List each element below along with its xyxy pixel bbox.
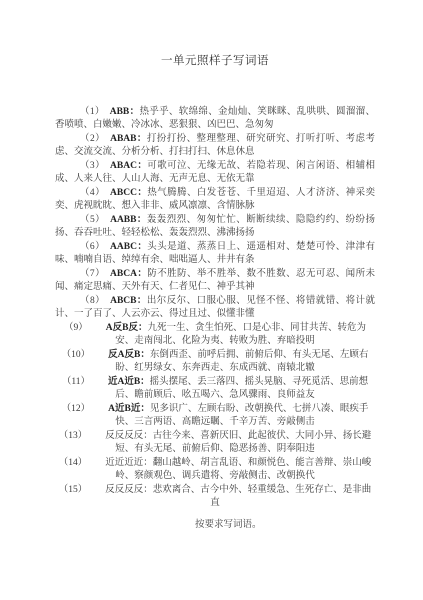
word-pattern-item-14: （14）近近近近：翻山越岭、胡言乱语、和颜悦色、能言善辩、崇山峻岭、察颜观色、调… bbox=[55, 457, 375, 483]
word-pattern-item-7: （7）ABCA：防不胜防、举不胜举、数不胜数、忍无可忍、闻所未闻、痛定思痛、天外… bbox=[55, 268, 375, 294]
item-number: （5） bbox=[80, 215, 105, 225]
word-pattern-item-12: （12）A近B近：见多识广、左顾右盼、改朝换代、七拼八凑、眼疾手快、三言两语、高… bbox=[55, 403, 375, 429]
pattern-label: 反反反反： bbox=[105, 431, 153, 441]
word-pattern-item-1: （1）ABB：热乎乎、软绵绵、金灿灿、笑眯眯、乱哄哄、圆溜溜、香喷喷、白嫩嫩、冷… bbox=[55, 106, 375, 132]
word-pattern-item-13: （13）反反反反：古往今来、喜新厌旧、此起彼伏、大同小异、扬长避短、有头无尾、前… bbox=[55, 430, 375, 456]
item-number: （1） bbox=[80, 107, 105, 117]
word-pattern-item-10: （10）反A反B：东倒西歪、前呼后拥、前俯后仰、有头无尾、左顾右盼、红男绿女、东… bbox=[55, 349, 375, 375]
pattern-label: A反B反： bbox=[106, 323, 148, 333]
footer-instruction: 按要求写词语。 bbox=[55, 519, 375, 532]
word-pattern-item-2: （2）ABAB：打扮打扮、整理整理、研究研究、打听打听、考虑考虑、交流交流、分析… bbox=[55, 133, 375, 159]
word-pattern-list-abb: （1）ABB：热乎乎、软绵绵、金灿灿、笑眯眯、乱哄哄、圆溜溜、香喷喷、白嫩嫩、冷… bbox=[55, 106, 375, 321]
word-list: 见多识广、左顾右盼、改朝换代、七拼八凑、眼疾手快、三言两语、高瞻远瞩、千辛万苦、… bbox=[115, 404, 368, 427]
word-pattern-item-11: （11）近A近B：摇头摆尾、丢三落四、摇头晃脑、寻死觅活、思前想后、瞻前顾后、吆… bbox=[55, 376, 375, 402]
word-pattern-item-8: （8）ABCB：出尔反尔、口服心服、见怪不怪、将错就错、将计就计、一了百了、人云… bbox=[55, 295, 375, 321]
word-pattern-item-5: （5）AABB：轰轰烈烈、匆匆忙忙、断断续续、隐隐约约、纷纷扬扬、吞吞吐吐、轻轻… bbox=[55, 214, 375, 240]
word-pattern-item-9: （9）A反B反：九死一生、贪生怕死、口是心非、同甘共苦、转危为安、走南闯北、化险… bbox=[55, 322, 375, 348]
item-number: （9） bbox=[64, 323, 88, 333]
word-pattern-item-4: （4）ABCC：热气腾腾、白发苍苍、千里迢迢、人才济济、神采奕奕、虎视眈眈、想入… bbox=[55, 187, 375, 213]
word-pattern-item-3: （3）ABAC：可歌可泣、无缘无故、若隐若现、闲言闲语、相辅相成、人来人往、人山… bbox=[55, 160, 375, 186]
pattern-label: ABAB： bbox=[110, 134, 147, 144]
word-pattern-list-synonym-antonym: （9）A反B反：九死一生、贪生怕死、口是心非、同甘共苦、转危为安、走南闯北、化险… bbox=[55, 322, 375, 510]
item-number: （3） bbox=[80, 161, 105, 171]
item-number: （15） bbox=[59, 485, 88, 495]
pattern-label: ABB： bbox=[110, 107, 140, 117]
item-number: （4） bbox=[80, 188, 105, 198]
pattern-label: ABCB： bbox=[110, 296, 147, 306]
item-number: （12） bbox=[62, 404, 91, 414]
word-list: 翻山越岭、胡言乱语、和颜悦色、能言善辩、崇山峻岭、察颜观色、调兵遣将、旁敲侧击、… bbox=[115, 458, 371, 481]
pattern-label: AABB： bbox=[110, 215, 147, 225]
item-number: （7） bbox=[80, 269, 105, 279]
word-list: 悲欢离合、古今中外、轻重缓急、生死存亡、是非曲直 bbox=[153, 485, 372, 508]
page-title: 一单元照样子写词语 bbox=[55, 52, 375, 68]
item-number: （8） bbox=[80, 296, 105, 306]
document-page: 一单元照样子写词语 （1）ABB：热乎乎、软绵绵、金灿灿、笑眯眯、乱哄哄、圆溜溜… bbox=[0, 0, 423, 600]
pattern-label: 反反反反： bbox=[105, 485, 153, 495]
item-number: （13） bbox=[59, 431, 88, 441]
pattern-label: ABCC： bbox=[110, 188, 147, 198]
pattern-label: A近B近： bbox=[108, 404, 150, 414]
pattern-label: 近A近B： bbox=[108, 377, 150, 387]
pattern-label: ABAC： bbox=[110, 161, 147, 171]
item-number: （6） bbox=[80, 242, 105, 252]
pattern-label: ABCA： bbox=[110, 269, 147, 279]
pattern-label: 近近近近： bbox=[105, 458, 153, 468]
item-number: （11） bbox=[62, 377, 90, 387]
word-list: 九死一生、贪生怕死、口是心非、同甘共苦、转危为安、走南闯北、化险为夷、转败为胜、… bbox=[115, 323, 366, 346]
word-list: 古往今来、喜新厌旧、此起彼伏、大同小异、扬长避短、有头无尾、前俯后仰、隐恶扬善、… bbox=[115, 431, 371, 454]
pattern-label: AABC： bbox=[110, 242, 147, 252]
item-number: （14） bbox=[59, 458, 88, 468]
item-number: （2） bbox=[80, 134, 105, 144]
word-pattern-item-6: （6）AABC：头头是道、蒸蒸日上、遥遥相对、楚楚可怜、津津有味、喃喃自语、绰绰… bbox=[55, 241, 375, 267]
pattern-label: 反A反B： bbox=[108, 350, 150, 360]
word-list: 东倒西歪、前呼后拥、前俯后仰、有头无尾、左顾右盼、红男绿女、东奔西走、东成西就、… bbox=[115, 350, 368, 373]
word-list: 摇头摆尾、丢三落四、摇头晃脑、寻死觅活、思前想后、瞻前顾后、吆五喝六、急风骤雨、… bbox=[115, 377, 368, 400]
word-pattern-item-15: （15）反反反反：悲欢离合、古今中外、轻重缓急、生死存亡、是非曲直 bbox=[55, 484, 375, 510]
item-number: （10） bbox=[62, 350, 91, 360]
